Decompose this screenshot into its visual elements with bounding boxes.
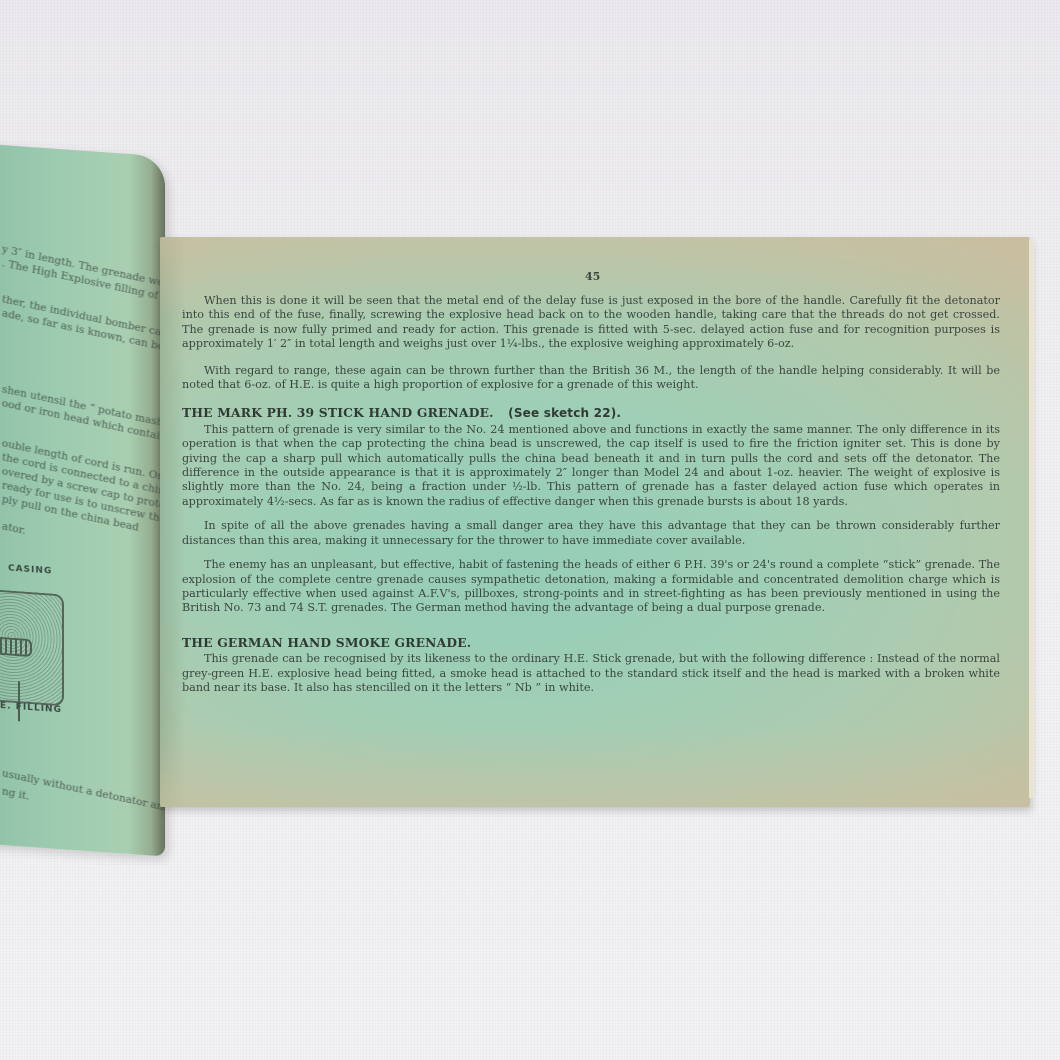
paragraph-danger-area: In spite of all the above grenades havin… bbox=[182, 519, 1000, 548]
heading-title: THE MARK PH. 39 STICK HAND GRENADE. bbox=[182, 405, 494, 420]
paragraph-ph39-description: This pattern of grenade is very similar … bbox=[182, 423, 1000, 509]
paragraph-delay-fuse: When this is done it will be seen that t… bbox=[182, 294, 1000, 352]
left-page: y 3″ in length. The grenade weighs . The… bbox=[0, 144, 165, 857]
heading-title: THE GERMAN HAND SMOKE GRENADE. bbox=[182, 635, 471, 650]
paragraph-range: With regard to range, these again can be… bbox=[182, 364, 1000, 393]
grenade-cross-section-diagram bbox=[0, 589, 64, 706]
left-text-line: ator. bbox=[1, 520, 26, 537]
paragraph-smoke-grenade: This grenade can be recognised by its li… bbox=[182, 652, 1000, 695]
sketch-reference: (See sketch 22). bbox=[508, 406, 621, 420]
paragraph-demolition-charge: The enemy has an unpleasant, but effecti… bbox=[182, 558, 1000, 616]
section-heading-smoke: THE GERMAN HAND SMOKE GRENADE. bbox=[182, 636, 1000, 650]
detonator-spring-graphic bbox=[0, 636, 32, 657]
left-text-line: ng it. bbox=[1, 785, 30, 803]
page-number: 45 bbox=[585, 270, 600, 283]
page-content: When this is done it will be seen that t… bbox=[182, 294, 1000, 707]
right-page: 45 When this is done it will be seen tha… bbox=[160, 237, 1030, 807]
diagram-label-casing: CASING bbox=[8, 563, 52, 576]
section-heading-ph39: THE MARK PH. 39 STICK HAND GRENADE. (See… bbox=[182, 406, 1000, 420]
